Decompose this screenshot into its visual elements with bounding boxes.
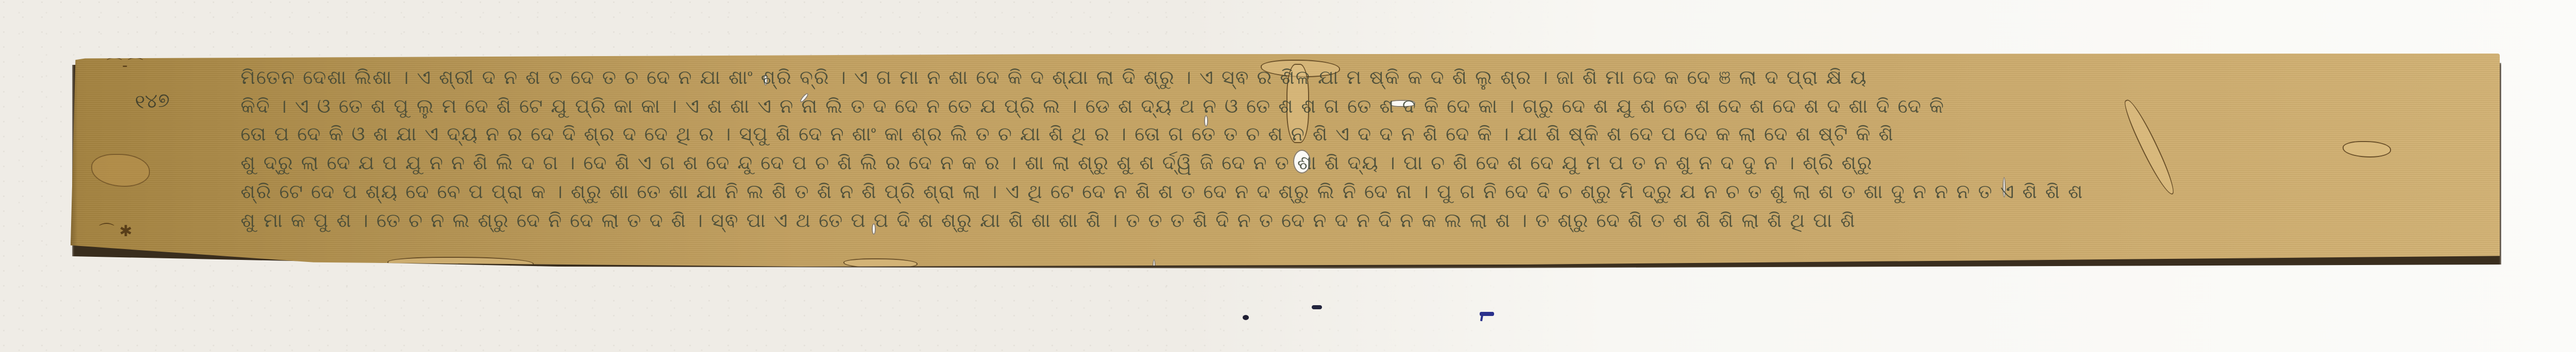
ink-dot-mark [1243,315,1249,320]
manuscript-line-2: କିଦି । ଏ ଓ ତେ ଶ ପୁ ଲୁ ମ ଦେ ଶି ଟେ ଯୁ ପ୍ରି… [241,93,1945,119]
worm-damage [387,257,534,270]
manuscript-line-1: ମିତେନ ଦେଶା ଲିଶା । ଏ ଶ୍ରୀ ଦ ନ ଶ ତ ଦେ ତ ଚ … [241,64,1867,91]
manuscript-text: ମିତେନ ଦେଶା ଲିଶା । ଏ ଶ୍ରୀ ଦ ନ ଶ ତ ଦେ ତ ଚ … [241,64,2497,254]
manuscript-line-6: ଶୁ ମା କ ପୁ ଶ । ତେ ଚ ନ ଲ ଶ୍ରୁ ଦେ ନି ଦେ ଲା… [241,207,1856,234]
manuscript-line-4: ଶୁ ଦ୍ରୁ ଲା ଦେ ଯ ପ ଯୁ ନ ନ ଶି ଲି ଦ ଗ । ଦେ … [241,149,1873,176]
margin-decoration-bottom: ⌒ ✱ [99,218,132,241]
manuscript-line-3: ତୋ ପ ଦେ କି ଓ ଶ ଯା ଏ ଦ୍ୟ ନ ର ଦେ ଦି ଶ୍ର ଦ … [241,120,1894,147]
edge-damage [91,154,150,187]
margin-decoration-top: ⌒-⌒ [107,52,143,75]
manuscript-line-5: ଶ୍ରି ଟେ ଦେ ପ ଶ୍ୟ ଦେ ବେ ପ ପ୍ରା କ । ଶ୍ରୁ ଶ… [241,178,2083,205]
folio-number: ୧୪୭ [134,89,171,114]
blue-pen-mark [1480,312,1494,316]
ink-dash-mark [1312,305,1322,309]
palm-leaf-folio: ⌒-⌒ ⌒ ✱ ୧୪୭ ମିତେନ ଦେଶା ଲିଶା । ଏ ଶ୍ରୀ ଦ ନ… [71,54,2500,267]
